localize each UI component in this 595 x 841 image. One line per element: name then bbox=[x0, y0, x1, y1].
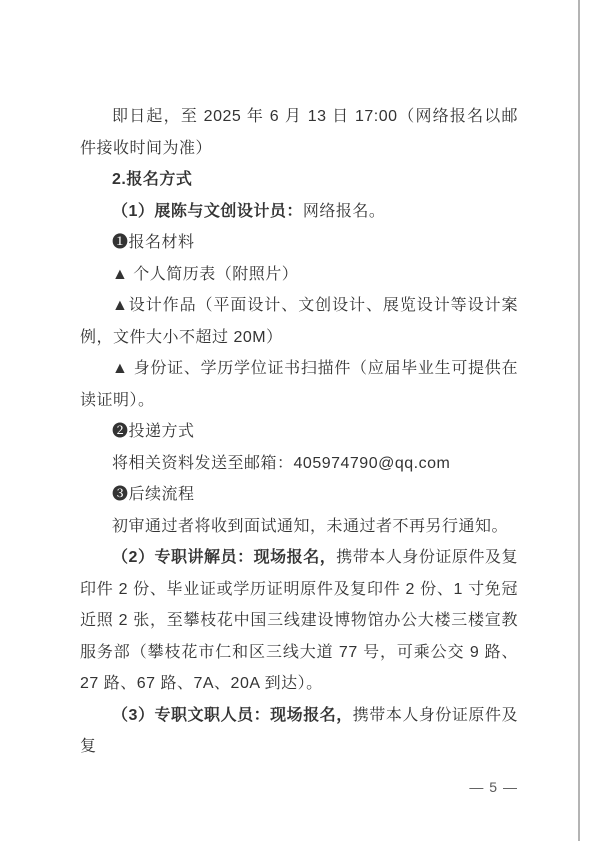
document-body: 即日起，至 2025 年 6 月 13 日 17:00（网络报名以邮件接收时间为… bbox=[80, 101, 518, 763]
paragraph-docent-onsite-text: 携带本人身份证原件及复印件 2 份、毕业证或学历证明原件及复印件 2 份、1 寸… bbox=[80, 549, 518, 692]
list-item-resume-text: 个人简历表（附照片） bbox=[133, 266, 298, 283]
paragraph-materials-heading: ❶报名材料 bbox=[80, 227, 518, 259]
paragraph-deadline: 即日起，至 2025 年 6 月 13 日 17:00（网络报名以邮件接收时间为… bbox=[80, 101, 518, 164]
paragraph-clerk-onsite-label: （3）专职文职人员：现场报名， bbox=[112, 707, 353, 724]
list-item-design-works: ▲设计作品（平面设计、文创设计、展览设计等设计案例，文件大小不超过 20M） bbox=[80, 290, 518, 353]
heading-registration-method-text: 2.报名方式 bbox=[112, 171, 192, 188]
triangle-bullet-icon: ▲ bbox=[112, 360, 134, 377]
paragraph-interview-notice: 初审通过者将收到面试通知，未通过者不再另行通知。 bbox=[80, 511, 518, 543]
heading-registration-method: 2.报名方式 bbox=[80, 164, 518, 196]
paragraph-clerk-onsite: （3）专职文职人员：现场报名，携带本人身份证原件及复 bbox=[80, 700, 518, 763]
email-address: 405974790@qq.com bbox=[294, 455, 451, 472]
paragraph-materials-heading-text: 报名材料 bbox=[129, 234, 195, 251]
triangle-bullet-icon: ▲ bbox=[112, 297, 129, 314]
paragraph-designer-online: （1）展陈与文创设计员：网络报名。 bbox=[80, 196, 518, 228]
paragraph-followup-heading-text: 后续流程 bbox=[129, 486, 195, 503]
page-edge-line bbox=[578, 0, 580, 841]
paragraph-deadline-text: 即日起，至 2025 年 6 月 13 日 17:00（网络报名以邮件接收时间为… bbox=[80, 108, 518, 157]
triangle-bullet-icon: ▲ bbox=[112, 266, 133, 283]
paragraph-delivery-heading: ❷投递方式 bbox=[80, 416, 518, 448]
circled-three-icon: ❸ bbox=[112, 486, 129, 503]
paragraph-interview-notice-text: 初审通过者将收到面试通知，未通过者不再另行通知。 bbox=[112, 518, 508, 535]
paragraph-designer-online-label: （1）展陈与文创设计员： bbox=[112, 203, 303, 220]
document-page: 即日起，至 2025 年 6 月 13 日 17:00（网络报名以邮件接收时间为… bbox=[0, 0, 595, 841]
circled-one-icon: ❶ bbox=[112, 234, 129, 251]
list-item-id-certificates-text: 身份证、学历学位证书扫描件（应届毕业生可提供在读证明）。 bbox=[80, 360, 518, 409]
paragraph-docent-onsite-label: （2）专职讲解员：现场报名， bbox=[112, 549, 336, 566]
list-item-resume: ▲ 个人简历表（附照片） bbox=[80, 259, 518, 291]
paragraph-email: 将相关资料发送至邮箱：405974790@qq.com bbox=[80, 448, 518, 480]
paragraph-followup-heading: ❸后续流程 bbox=[80, 479, 518, 511]
paragraph-email-text: 将相关资料发送至邮箱： bbox=[112, 455, 294, 472]
paragraph-designer-online-text: 网络报名。 bbox=[303, 203, 386, 220]
page-number: — 5 — bbox=[80, 779, 518, 795]
list-item-id-certificates: ▲ 身份证、学历学位证书扫描件（应届毕业生可提供在读证明）。 bbox=[80, 353, 518, 416]
circled-two-icon: ❷ bbox=[112, 423, 129, 440]
list-item-design-works-text: 设计作品（平面设计、文创设计、展览设计等设计案例，文件大小不超过 20M） bbox=[80, 297, 518, 346]
paragraph-delivery-heading-text: 投递方式 bbox=[129, 423, 195, 440]
paragraph-docent-onsite: （2）专职讲解员：现场报名，携带本人身份证原件及复印件 2 份、毕业证或学历证明… bbox=[80, 542, 518, 700]
